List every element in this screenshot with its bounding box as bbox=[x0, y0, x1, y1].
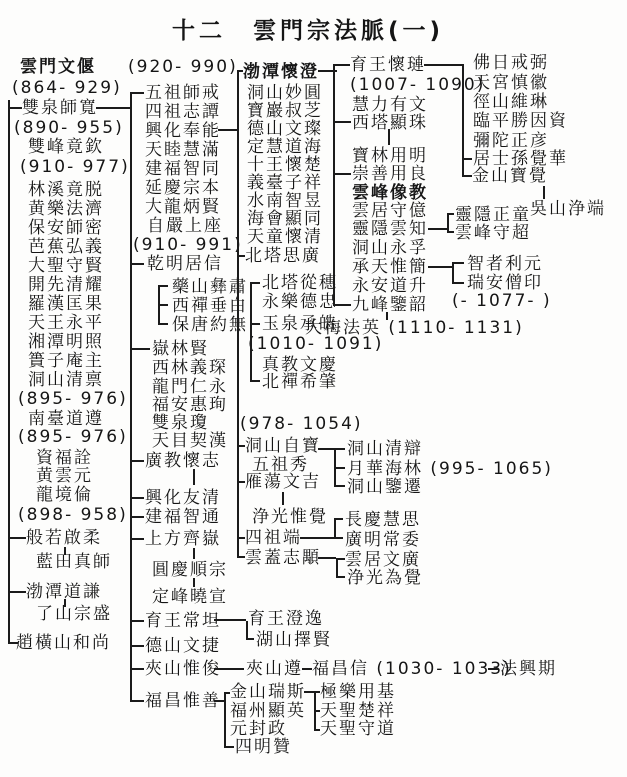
connector-line bbox=[447, 213, 449, 233]
lineage-node: 雙泉師寬 bbox=[22, 99, 98, 118]
connector-line bbox=[130, 700, 144, 702]
connector-line bbox=[130, 645, 144, 647]
lineage-node: 興化奉能 bbox=[145, 122, 221, 141]
lineage-node: 天聖守道 bbox=[320, 720, 396, 739]
lineage-node: 智者利元 bbox=[467, 255, 543, 274]
lineage-node: 德山文捷 bbox=[145, 637, 221, 656]
connector-line bbox=[250, 380, 260, 382]
connector-line bbox=[543, 186, 545, 199]
lineage-node: 羅漢匡果 bbox=[28, 295, 104, 314]
lineage-node: 天目契漢 bbox=[152, 432, 228, 451]
lineage-node: 湖山擇賢 bbox=[256, 631, 332, 650]
connector-line bbox=[237, 70, 239, 558]
connector-line bbox=[237, 445, 245, 447]
lineage-node: 興化友清 bbox=[145, 489, 221, 508]
lineage-node: 圓慶順宗 bbox=[152, 561, 228, 580]
connector-line bbox=[130, 92, 144, 94]
connector-line bbox=[428, 228, 447, 230]
lineage-node: 了山宗盛 bbox=[36, 605, 112, 624]
connector-line bbox=[318, 557, 336, 559]
connector-line bbox=[158, 285, 168, 287]
connector-line bbox=[452, 282, 464, 284]
connector-line bbox=[130, 497, 144, 499]
lineage-node: 上方齊嶽 bbox=[145, 530, 221, 549]
lineage-node: 育王懷璉 bbox=[350, 56, 426, 75]
lineage-node: 法興期 bbox=[500, 660, 557, 679]
lineage-node: 林溪竟脱 bbox=[28, 181, 104, 200]
connector-line bbox=[300, 537, 334, 539]
lineage-node: 北塔思廣 bbox=[245, 247, 321, 266]
lineage-node: 西塔顯珠 bbox=[352, 114, 428, 133]
connector-line bbox=[193, 469, 195, 485]
connector-line bbox=[462, 64, 464, 177]
lineage-node: 建福智同 bbox=[145, 160, 221, 179]
connector-line bbox=[334, 537, 343, 539]
connector-line bbox=[336, 558, 338, 578]
connector-line bbox=[237, 255, 245, 257]
lineage-node: 臨平勝因資 bbox=[473, 112, 568, 131]
lineage-node: 西林義琛 bbox=[152, 359, 228, 378]
connector-line bbox=[447, 213, 454, 215]
lineage-node: 自嚴上座 bbox=[147, 217, 223, 236]
lineage-node: 天宮慎徽 bbox=[473, 74, 549, 93]
connector-line bbox=[333, 173, 351, 175]
lineage-node: 夾山惟俊 bbox=[145, 660, 221, 679]
connector-line bbox=[130, 668, 144, 670]
lineage-node: 嶽林賢 bbox=[152, 340, 209, 359]
connector-line bbox=[334, 485, 345, 487]
connector-line bbox=[8, 100, 10, 644]
lineage-node: (895- 976) bbox=[18, 390, 128, 409]
connector-line bbox=[452, 262, 454, 284]
lineage-node: 育王澄逸 bbox=[248, 610, 324, 629]
lineage-node: 承天惟簡 bbox=[352, 258, 428, 277]
lineage-node: 開先清耀 bbox=[28, 276, 104, 295]
lineage-node: (864- 929) bbox=[12, 79, 122, 98]
connector-line bbox=[452, 262, 464, 264]
lineage-node: (910- 991) bbox=[133, 236, 243, 255]
lineage-node: 夾山遵 bbox=[246, 660, 303, 679]
lineage-node: 徑山維琳 bbox=[473, 93, 549, 112]
connector-line bbox=[237, 481, 245, 483]
connector-line bbox=[388, 129, 390, 145]
connector-line bbox=[424, 64, 462, 66]
connector-line bbox=[333, 304, 351, 306]
lineage-node: (890- 955) bbox=[14, 119, 124, 138]
connector-line bbox=[333, 64, 335, 306]
lineage-node: 廣教懷志 bbox=[145, 452, 221, 471]
lineage-node: 金山瑞斯 bbox=[230, 683, 306, 702]
lineage-node: (978- 1054) bbox=[240, 415, 363, 434]
connector-line bbox=[250, 323, 260, 325]
connector-line bbox=[224, 692, 226, 748]
connector-line bbox=[386, 312, 388, 320]
connector-line bbox=[282, 492, 284, 505]
connector-line bbox=[334, 518, 336, 539]
connector-line bbox=[488, 668, 498, 670]
lineage-node: 廣明常委 bbox=[345, 531, 421, 550]
lineage-node: 雙峰竟欽 bbox=[28, 138, 104, 157]
lineage-node: 渤潭懷澄 bbox=[243, 63, 319, 82]
connector-line bbox=[214, 668, 244, 670]
connector-line bbox=[96, 107, 132, 109]
connector-line bbox=[237, 537, 245, 539]
lineage-node: 般若啟柔 bbox=[26, 529, 102, 548]
lineage-node: 永樂德忠 bbox=[262, 293, 338, 312]
lineage-node: 龍境倫 bbox=[36, 486, 93, 505]
lineage-node: 雲門文偃 bbox=[20, 58, 96, 77]
connector-line bbox=[130, 516, 144, 518]
lineage-node: 黄樂法濟 bbox=[28, 200, 104, 219]
lineage-node: 浄光為覺 bbox=[347, 569, 423, 588]
lineage-node: 保安師密 bbox=[28, 219, 104, 238]
lineage-node: 五祖師戒 bbox=[145, 84, 221, 103]
lineage-node: 吳山浄端 bbox=[530, 200, 606, 219]
lineage-node: 藍田真師 bbox=[36, 553, 112, 572]
connector-line bbox=[237, 70, 243, 72]
lineage-node: (898- 958) bbox=[18, 506, 128, 525]
connector-line bbox=[130, 263, 144, 265]
lineage-node: 大梅法英 (1110- 1131) bbox=[305, 319, 524, 338]
connector-line bbox=[428, 266, 452, 268]
connector-line bbox=[130, 348, 150, 350]
connector-line bbox=[8, 537, 26, 539]
connector-line bbox=[314, 710, 320, 712]
connector-line bbox=[8, 591, 26, 593]
connector-line bbox=[250, 282, 260, 284]
lineage-node: 四祖志譚 bbox=[145, 103, 221, 122]
lineage-node: (895- 976) bbox=[18, 428, 128, 447]
lineage-node: 簣子庵主 bbox=[28, 352, 104, 371]
lineage-node: 洞山清辯 bbox=[347, 440, 423, 459]
connector-line bbox=[336, 576, 345, 578]
connector-line bbox=[224, 746, 234, 748]
connector-line bbox=[237, 556, 245, 558]
lineage-node: 佛日戒弼 bbox=[473, 54, 549, 73]
connector-line bbox=[130, 538, 144, 540]
lineage-node: 雁蕩文吉 bbox=[245, 473, 321, 492]
lineage-node: 定峰曉宣 bbox=[152, 588, 228, 607]
lineage-node: 靈隱雲知 bbox=[352, 220, 428, 239]
connector-line bbox=[8, 107, 22, 109]
connector-line bbox=[447, 231, 454, 233]
lineage-node: 建福智通 bbox=[145, 508, 221, 527]
lineage-node: 九峰鑒韶 bbox=[352, 296, 428, 315]
connector-line bbox=[250, 282, 252, 382]
lineage-node: 育王常坦 bbox=[145, 612, 221, 631]
connector-line bbox=[218, 129, 237, 131]
lineage-node: 洞山自寶 bbox=[245, 437, 321, 456]
connector-line bbox=[193, 578, 195, 587]
lineage-node: 天王永平 bbox=[28, 314, 104, 333]
lineage-node: 延慶宗本 bbox=[145, 179, 221, 198]
connector-line bbox=[130, 620, 144, 622]
connector-line bbox=[314, 691, 320, 693]
connector-line bbox=[130, 92, 132, 702]
connector-line bbox=[334, 518, 343, 520]
lineage-node: 北禪希肇 bbox=[262, 373, 338, 392]
lineage-node: 長慶慧思 bbox=[345, 511, 421, 530]
connector-line bbox=[224, 692, 230, 694]
connector-line bbox=[8, 642, 18, 644]
lineage-node: 洞山鑒遷 bbox=[347, 478, 423, 497]
lineage-node: 天睦慧滿 bbox=[145, 141, 221, 160]
lineage-node: 浄光惟覺 bbox=[252, 508, 328, 527]
lineage-node: 趙橫山和尚 bbox=[16, 634, 111, 653]
connector-line bbox=[462, 175, 472, 177]
lineage-node: 金山寶覺 bbox=[472, 167, 548, 186]
connector-line bbox=[334, 448, 345, 450]
connector-line bbox=[64, 547, 66, 555]
connector-line bbox=[333, 64, 350, 66]
lineage-node: 大聖守賢 bbox=[28, 257, 104, 276]
lineage-node: (910- 977) bbox=[20, 158, 130, 177]
lineage-node: 崇善用良 bbox=[352, 165, 428, 184]
lineage-node: 北塔從穗 bbox=[262, 274, 338, 293]
connector-line bbox=[333, 121, 351, 123]
lineage-node: 雲峰守超 bbox=[455, 224, 531, 243]
lineage-node: 黄雲元 bbox=[36, 467, 93, 486]
connector-line bbox=[334, 467, 345, 469]
lineage-node: 乾明居信 bbox=[147, 255, 223, 274]
connector-line bbox=[302, 668, 312, 670]
connector-line bbox=[64, 599, 66, 607]
connector-line bbox=[246, 638, 254, 640]
lineage-node: (920- 990) bbox=[128, 58, 238, 77]
lineage-node: 四明贊 bbox=[235, 738, 292, 757]
connector-line bbox=[462, 158, 472, 160]
lineage-node: 福昌信 (1030- 1033) bbox=[312, 660, 512, 679]
lineage-node: 四祖端 bbox=[245, 529, 302, 548]
lineage-node: 大龍炳賢 bbox=[145, 198, 221, 217]
connector-line bbox=[214, 700, 224, 702]
connector-line bbox=[193, 548, 195, 559]
lineage-node: 永安道升 bbox=[352, 277, 428, 296]
lineage-node: 瑞安僧印 bbox=[467, 274, 543, 293]
lineage-chart: 十二 雲門宗法脈(一) 雲門文偃(864- 929)雙泉師寬(890- 955)… bbox=[0, 0, 627, 777]
connector-line bbox=[214, 619, 246, 621]
connector-line bbox=[158, 323, 168, 325]
lineage-node: (1007- 1090) bbox=[350, 76, 485, 95]
lineage-node: 極樂用基 bbox=[320, 683, 396, 702]
lineage-node: 洞山清禀 bbox=[28, 371, 104, 390]
connector-line bbox=[130, 460, 144, 462]
lineage-node: 洞山永孚 bbox=[352, 239, 428, 258]
lineage-node: 福昌惟善 bbox=[145, 692, 221, 711]
connector-line bbox=[304, 691, 314, 693]
connector-line bbox=[158, 304, 168, 306]
page-title: 十二 雲門宗法脈(一) bbox=[172, 12, 444, 45]
lineage-node: 湘潭明照 bbox=[28, 333, 104, 352]
connector-line bbox=[336, 558, 345, 560]
lineage-node: 芭蕉弘義 bbox=[28, 238, 104, 257]
lineage-node: 天童懷清 bbox=[247, 228, 323, 247]
connector-line bbox=[318, 448, 334, 450]
lineage-node: (- 1077- ) bbox=[452, 292, 552, 311]
connector-line bbox=[314, 729, 320, 731]
lineage-node: 雲蓋志顒 bbox=[245, 549, 321, 568]
